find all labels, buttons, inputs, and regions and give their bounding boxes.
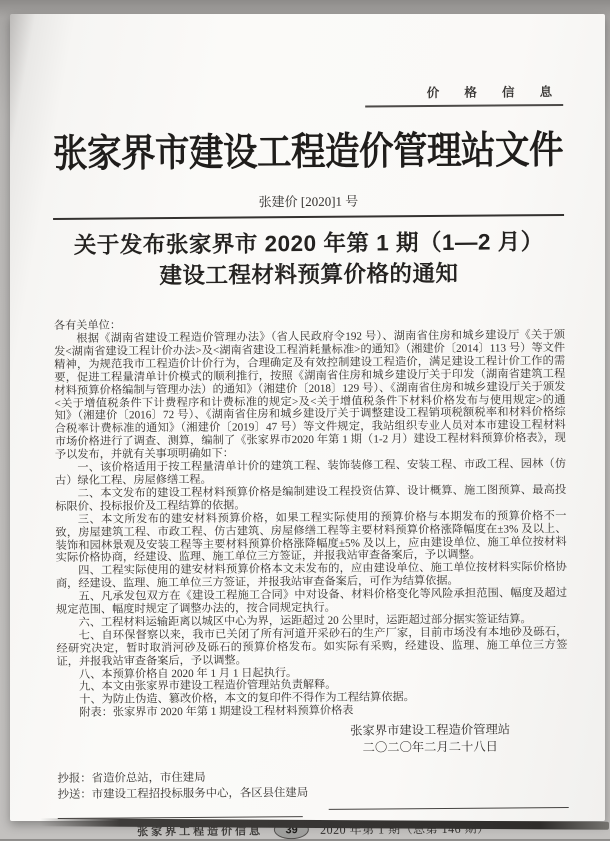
notice-title: 关于发布张家界市 2020 年第 1 期（1—2 月） 建设工程材料预算价格的通… [53, 226, 564, 292]
footer-journal-title: 张家界工程造价信息 [137, 822, 263, 839]
page-number-badge: 39 [274, 820, 309, 839]
signature-block: 张家界市建设工程造价管理站 二〇二〇年二月二十八日 [350, 722, 510, 757]
notice-paragraph-intro: 根据《湖南省建设工程造价管理办法》（省人民政府令192 号）、湖南省住房和城乡建… [54, 329, 566, 462]
signature-organization: 张家界市建设工程造价管理站 [350, 722, 510, 740]
notice-title-line2: 建设工程材料预算价格的通知 [159, 261, 458, 288]
document-content: 价 格 信 息 张家界市建设工程造价管理站文件 张建价 [2020]1 号 关于… [51, 12, 568, 823]
scanned-document-page: 价 格 信 息 张家界市建设工程造价管理站文件 张建价 [2020]1 号 关于… [10, 14, 605, 821]
notice-attachment-line: 附表：张家界市 2020 年第 1 期建设工程材料预算价格表 [57, 703, 568, 720]
cc-send-line: 抄送：市建设工程招投标服务中心，各区县住建局 [58, 783, 569, 803]
notice-paragraph-item5: 五、凡承发包双方在《建设工程施工合同》中对设备、材料价格变化等风险承担范围、幅度… [56, 587, 567, 617]
footer-issue-info: 2020 年第 1 期（总第 146 期） [320, 820, 490, 838]
document-number: 张建价 [2020]1 号 [53, 189, 564, 212]
cc-report-label: 抄报： [57, 773, 91, 785]
notice-paragraph-item7: 七、自环保督察以来，我市已关闭了所有河道开采砂石的生产厂家，目前市场没有本地砂及… [56, 626, 567, 669]
footer-rule-left [58, 816, 303, 821]
signature-date: 二〇二〇年二月二十八日 [350, 739, 510, 757]
page-footer: 张家界工程造价信息 39 2020 年第 1 期（总第 146 期） [58, 818, 569, 839]
document-masthead: 张家界市建设工程造价管理站文件 [52, 118, 563, 178]
category-label-row: 价 格 信 息 [52, 82, 563, 110]
category-label: 价 格 信 息 [365, 82, 564, 108]
cc-report-text: 省造价总站，市住建局 [92, 772, 206, 785]
notice-paragraph-item1: 一、该价格适用于按工程量清单计价的建筑工程、装饰装修工程、安装工程、市政工程、园… [55, 458, 566, 488]
cc-block: 抄报：省造价总站，市住建局 抄送：市建设工程招投标服务中心，各区县住建局 [57, 767, 568, 803]
notice-paragraph-item2: 二、本文发布的建设工程材料预算价格是编制建设工程投资估算、设计概算、施工图预算、… [55, 484, 566, 514]
notice-body: 各有关单位： 根据《湖南省建设工程造价管理办法》（省人民政府令192 号）、湖南… [54, 316, 568, 720]
cc-send-label: 抄送： [58, 789, 92, 801]
cc-send-text: 市建设工程招投标服务中心，各区县住建局 [92, 787, 309, 801]
notice-title-line1: 关于发布张家界市 2020 年第 1 期（1—2 月） [74, 229, 544, 258]
footer-rule-right [329, 807, 569, 819]
notice-paragraph-item3: 三、本文所发布的建安材料预算价格，如果工程实际使用的预算价格与本期发布的预算价格… [55, 510, 566, 566]
masthead-divider-rule [53, 214, 564, 220]
